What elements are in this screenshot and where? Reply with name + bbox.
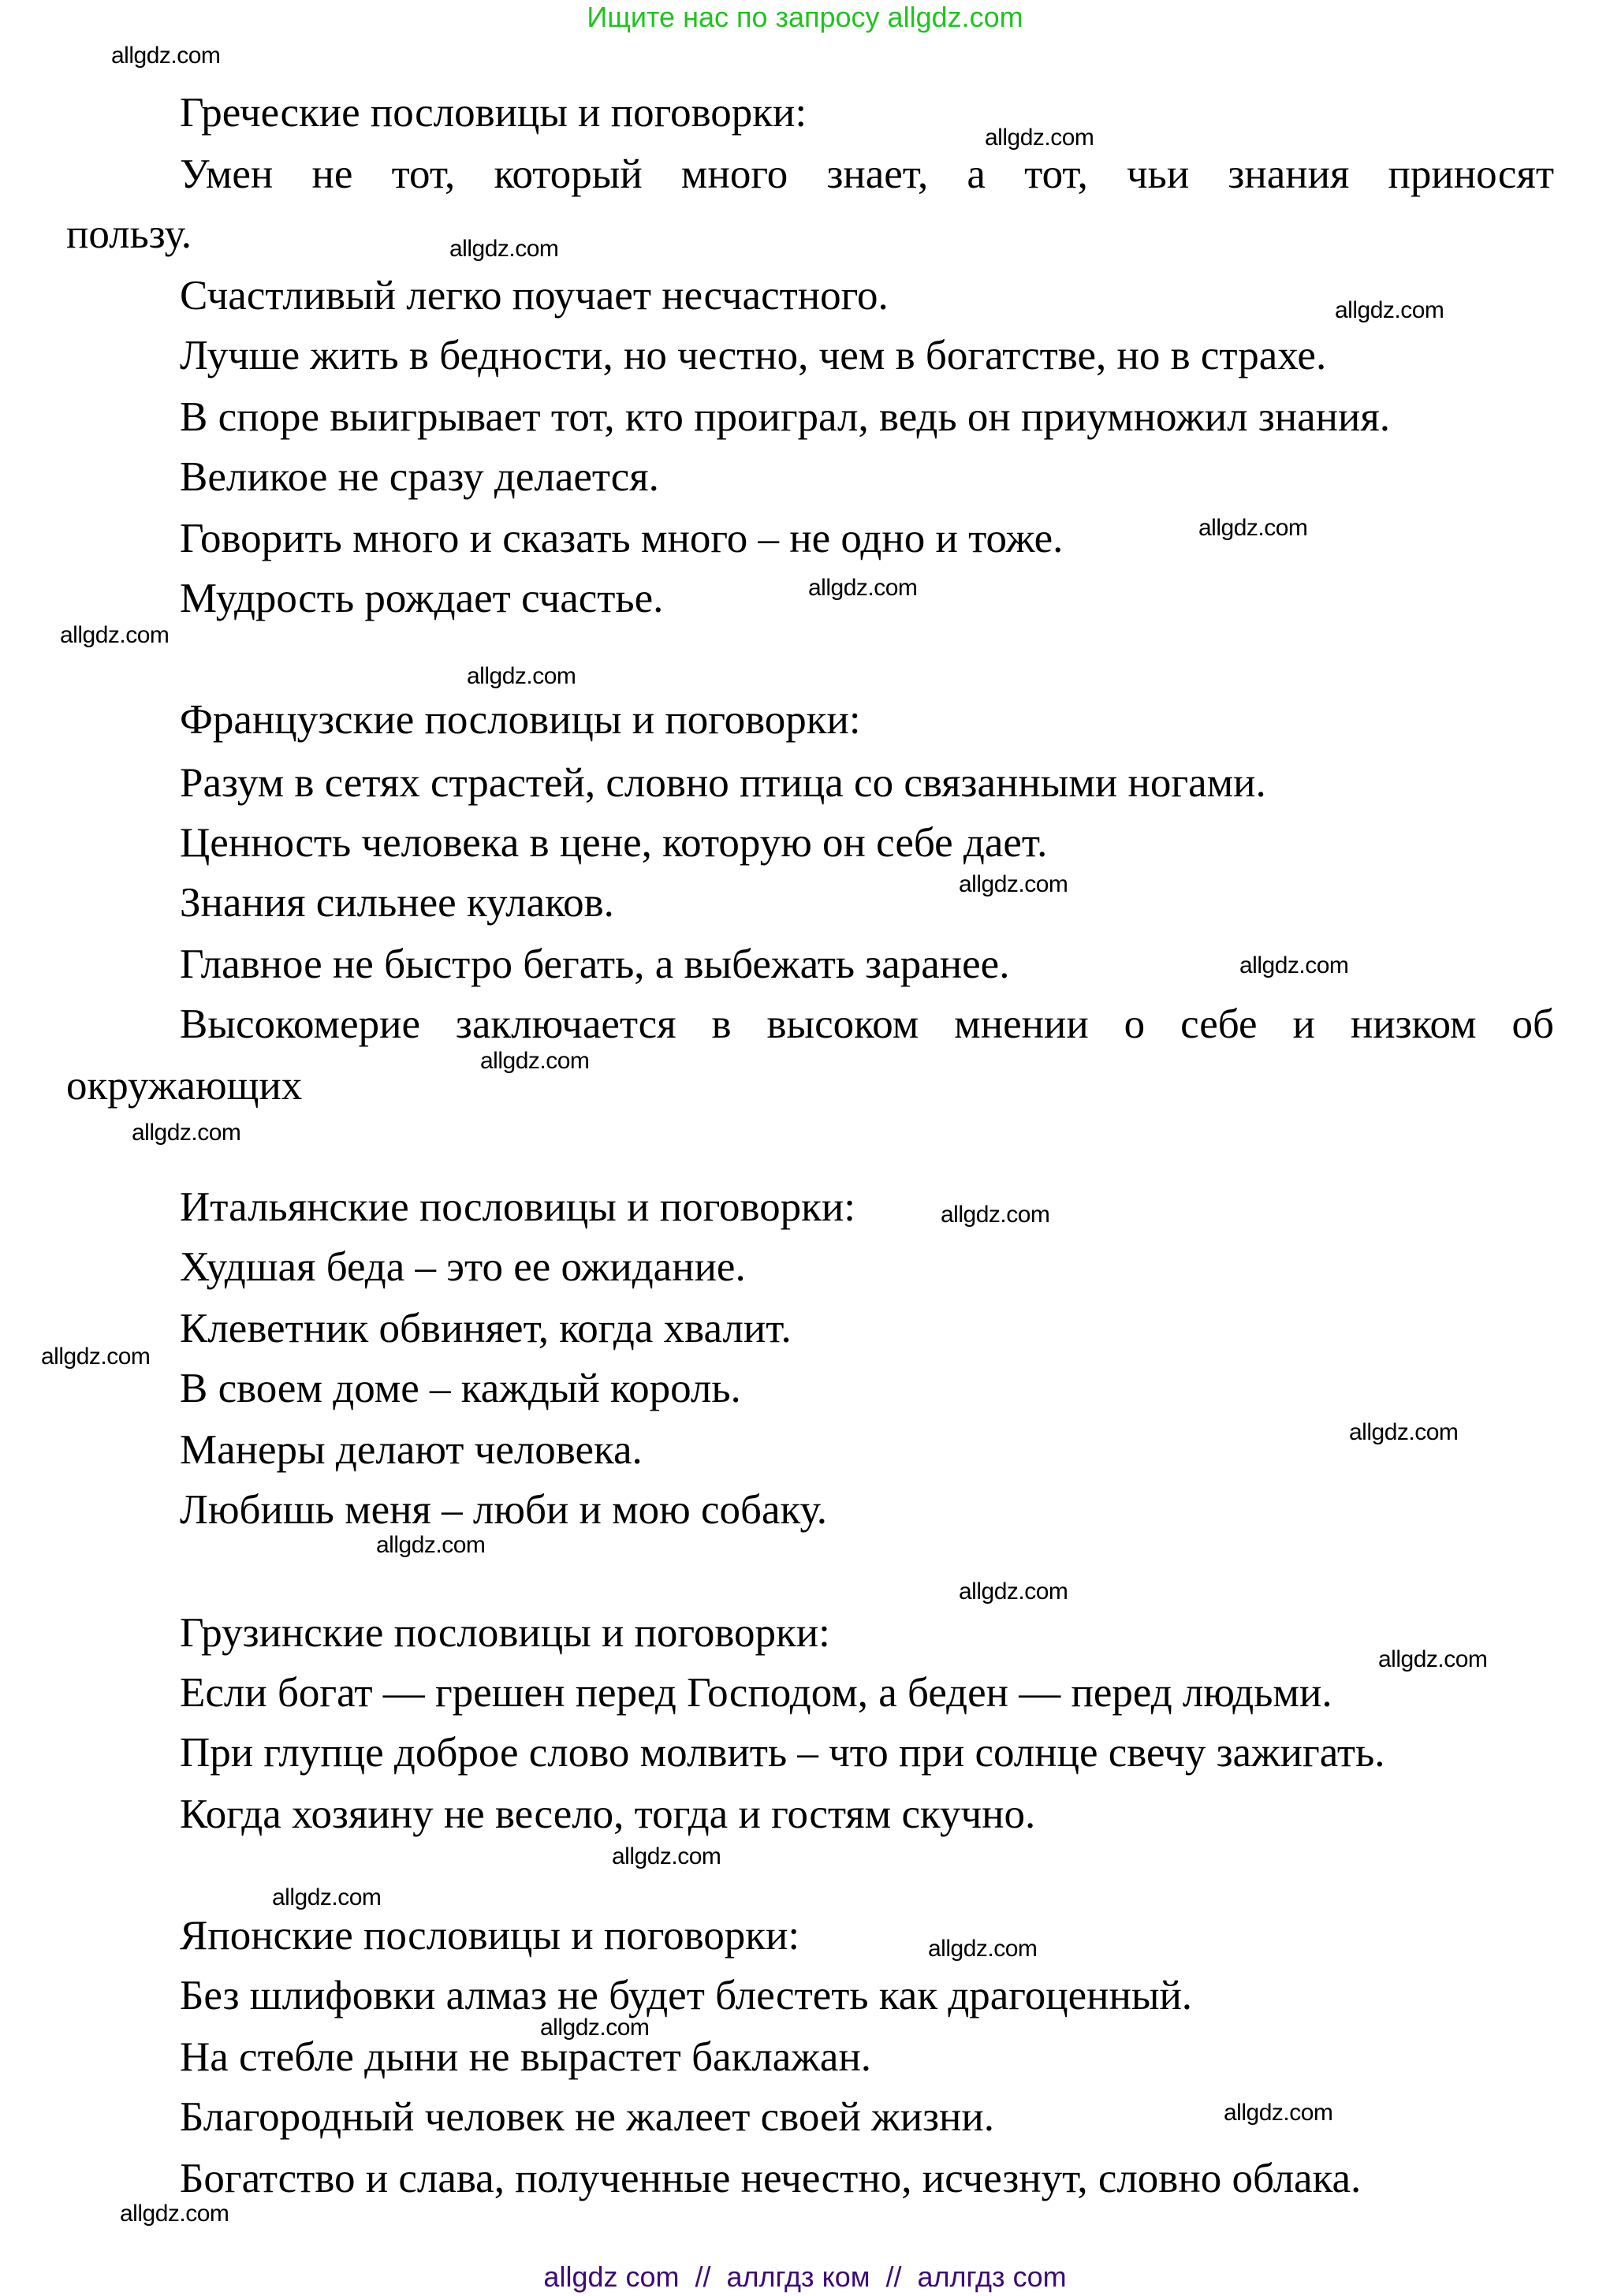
- proverb-line: Высокомерие заключается в высоком мнении…: [180, 1001, 1554, 1048]
- watermark: allgdz.com: [1378, 1646, 1487, 1673]
- proverb-line: В споре выигрывает тот, кто проиграл, ве…: [180, 393, 1390, 441]
- proverb-line: В своем доме – каждый король.: [180, 1365, 741, 1412]
- watermark: allgdz.com: [467, 663, 576, 690]
- proverb-line: Клеветник обвиняет, когда хвалит.: [180, 1305, 792, 1352]
- watermark: allgdz.com: [1335, 297, 1444, 324]
- watermark: allgdz.com: [60, 622, 169, 649]
- proverb-line: Любишь меня – люби и мою собаку.: [180, 1486, 827, 1534]
- watermark: allgdz.com: [540, 2015, 649, 2041]
- watermark: allgdz.com: [1224, 2100, 1332, 2126]
- proverb-line: На стебле дыни не вырастет баклажан.: [180, 2033, 871, 2081]
- section-heading-japanese: Японские пословицы и поговорки:: [180, 1912, 799, 1959]
- proverb-line: Ценность человека в цене, которую он себ…: [180, 819, 1047, 867]
- watermark: allgdz.com: [928, 1936, 1037, 1962]
- watermark: allgdz.com: [959, 871, 1068, 898]
- proverb-line: Великое не сразу делается.: [180, 453, 659, 501]
- proverb-line: Богатство и слава, полученные нечестно, …: [180, 2155, 1361, 2202]
- watermark: allgdz.com: [985, 125, 1094, 151]
- proverb-line: Главное не быстро бегать, а выбежать зар…: [180, 941, 1009, 988]
- section-heading-georgian: Грузинские пословицы и поговорки:: [180, 1609, 830, 1657]
- watermark: allgdz.com: [272, 1884, 381, 1911]
- top-banner[interactable]: Ищите нас по запросу allgdz.com: [0, 0, 1610, 35]
- proverb-line: Благородный человек не жалеет своей жизн…: [180, 2093, 994, 2141]
- watermark: allgdz.com: [1198, 515, 1307, 542]
- watermark: allgdz.com: [41, 1344, 150, 1370]
- watermark: allgdz.com: [376, 1532, 485, 1559]
- watermark: allgdz.com: [480, 1048, 589, 1075]
- section-heading-french: Французские пословицы и поговорки:: [180, 696, 861, 744]
- proverb-line: Счастливый легко поучает несчастного.: [180, 272, 889, 319]
- proverb-line: Без шлифовки алмаз не будет блестеть как…: [180, 1972, 1192, 2019]
- proverb-line-continued: пользу.: [66, 211, 192, 258]
- proverb-line: Умен не тот, который много знает, а тот,…: [180, 151, 1554, 198]
- watermark: allgdz.com: [1239, 952, 1348, 979]
- watermark: allgdz.com: [111, 43, 220, 69]
- watermark: allgdz.com: [449, 236, 558, 263]
- watermark: allgdz.com: [120, 2201, 229, 2227]
- proverb-line: Мудрость рождает счастье.: [180, 575, 663, 622]
- proverb-line: Лучше жить в бедности, но честно, чем в …: [180, 332, 1326, 379]
- section-heading-italian: Итальянские пословицы и поговорки:: [180, 1183, 855, 1231]
- watermark: allgdz.com: [941, 1202, 1049, 1228]
- bottom-banner[interactable]: allgdz com // аллгдз ком // аллгдз com: [0, 2260, 1610, 2294]
- proverb-line: При глупце доброе слово молвить – что пр…: [180, 1729, 1385, 1776]
- proverb-line: Худшая беда – это ее ожидание.: [180, 1243, 746, 1291]
- watermark: allgdz.com: [1349, 1419, 1458, 1446]
- proverb-line: Если богат — грешен перед Господом, а бе…: [180, 1669, 1332, 1716]
- section-heading-greek: Греческие пословицы и поговорки:: [180, 89, 807, 136]
- watermark: allgdz.com: [959, 1578, 1068, 1605]
- watermark: allgdz.com: [132, 1120, 240, 1146]
- watermark: allgdz.com: [612, 1843, 721, 1870]
- proverb-line: Говорить много и сказать много – не одно…: [180, 515, 1063, 562]
- proverb-line-continued: окружающих: [66, 1062, 302, 1109]
- proverb-line: Разум в сетях страстей, словно птица со …: [180, 759, 1266, 807]
- proverb-line: Когда хозяину не весело, тогда и гостям …: [180, 1791, 1035, 1838]
- proverb-line: Манеры делают человека.: [180, 1426, 643, 1474]
- watermark: allgdz.com: [808, 575, 917, 602]
- proverb-line: Знания сильнее кулаков.: [180, 879, 614, 926]
